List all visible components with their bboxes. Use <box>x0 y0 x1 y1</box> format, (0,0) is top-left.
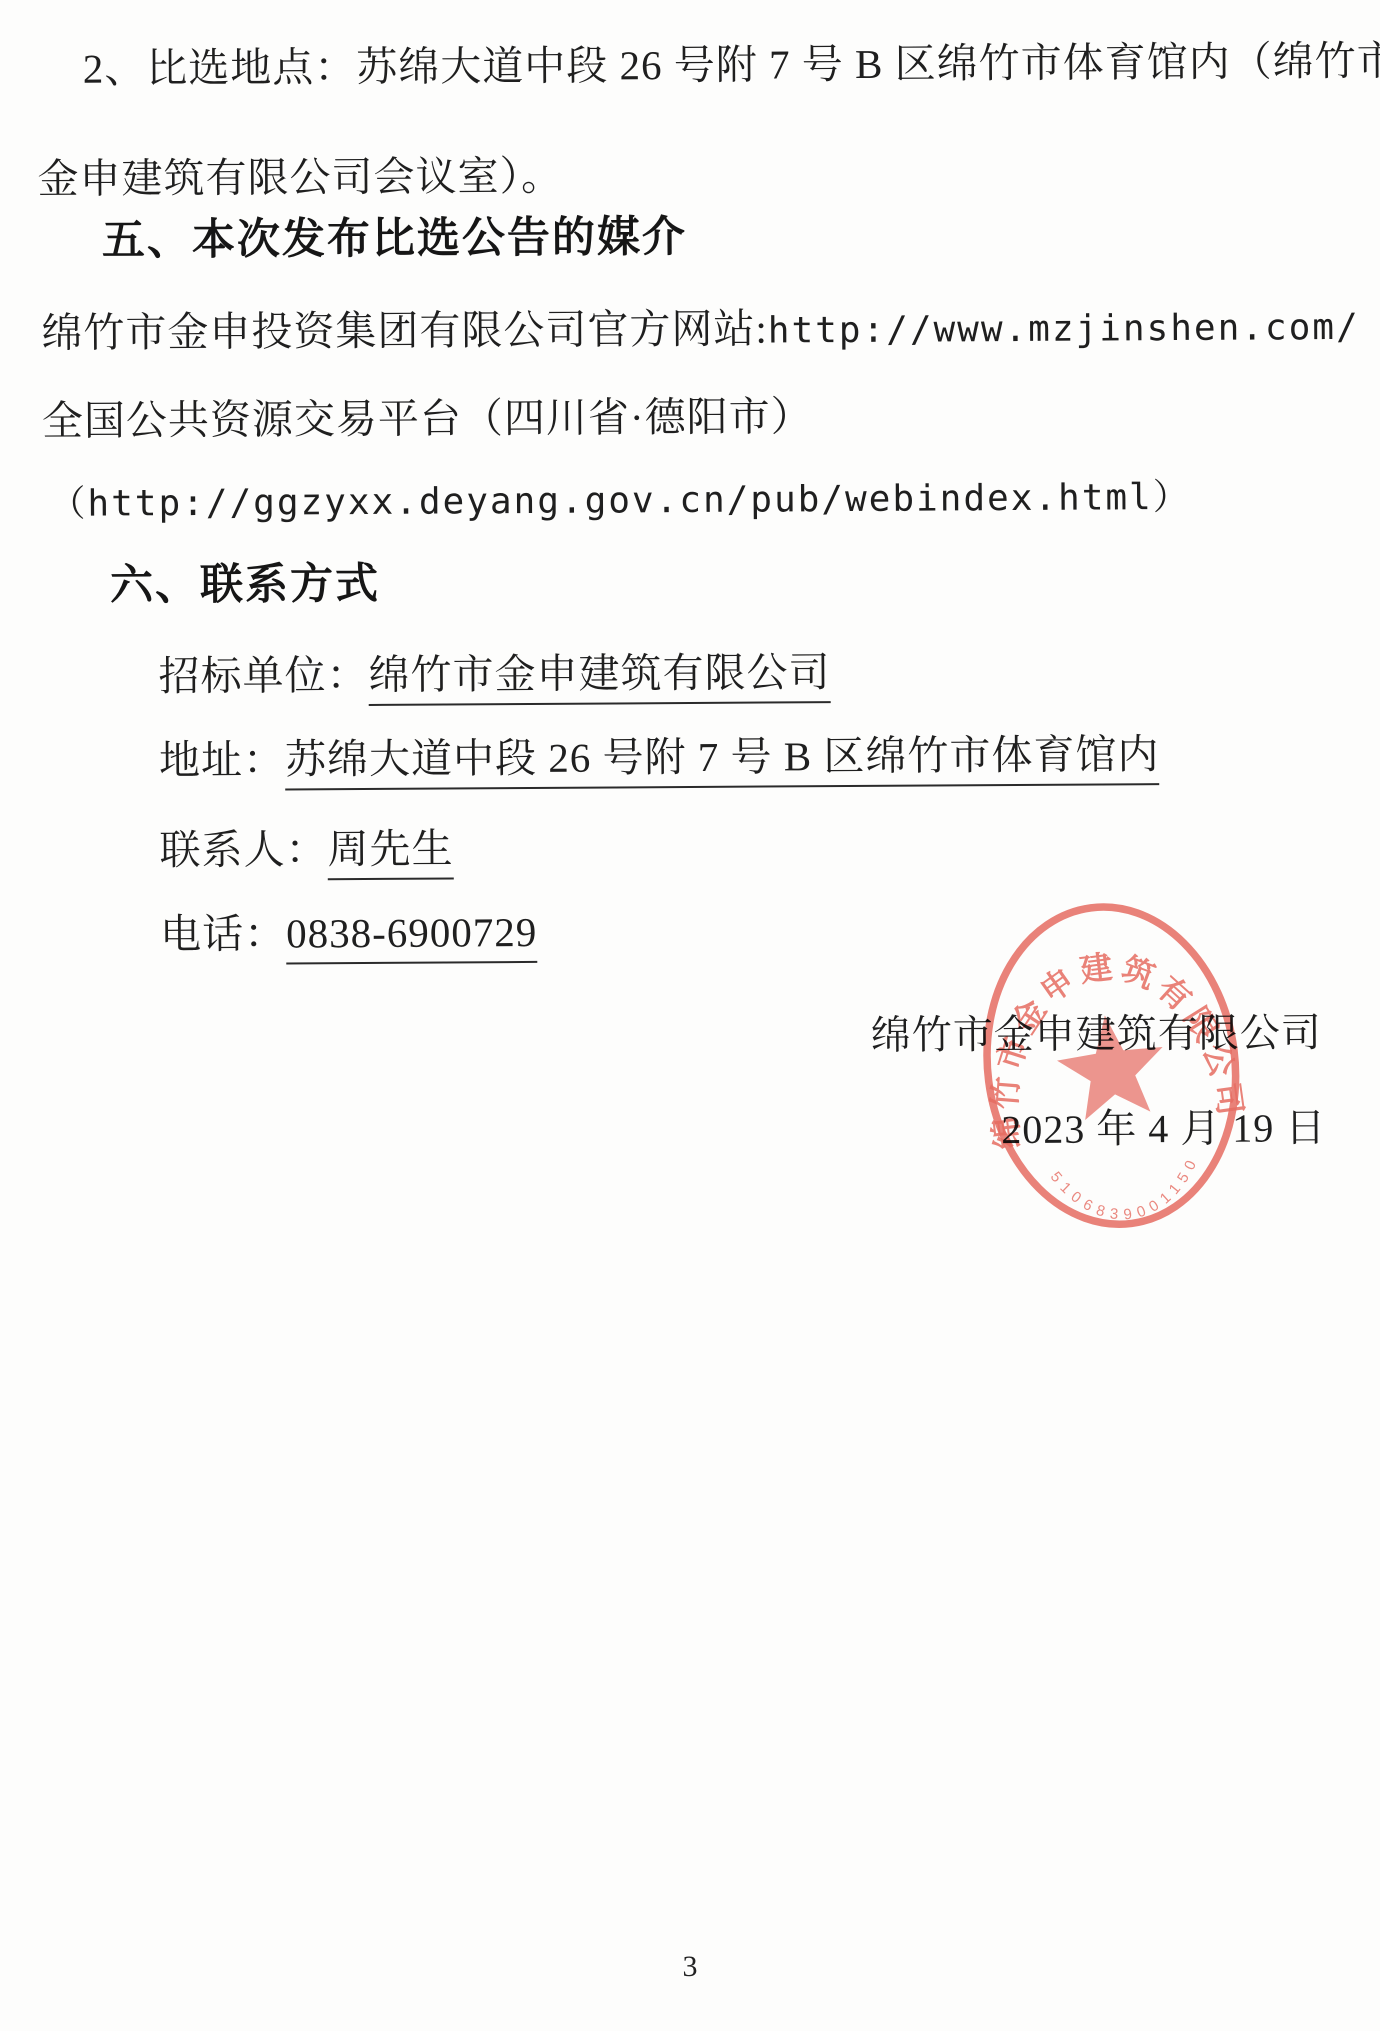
section5-heading: 五、本次发布比选公告的媒介 <box>102 203 687 268</box>
contact-address-label: 地址： <box>159 736 285 783</box>
media-line3-url: （http://ggzyxx.deyang.gov.cn/pub/webinde… <box>49 469 1191 527</box>
svg-text:5106839001150: 5106839001150 <box>1046 1150 1210 1232</box>
document-page: 2、比选地点：苏绵大道中段 26 号附 7 号 B 区绵竹市体育馆内（绵竹市 金… <box>0 0 1380 2031</box>
signature-date: 2023 年 4 月 19 日 <box>1001 1096 1326 1155</box>
contact-person-value: 周先生 <box>327 825 453 880</box>
media-line1: 绵竹市金申投资集团有限公司官方网站:http://www.mzjinshen.c… <box>41 292 1360 359</box>
company-seal: 绵竹市金申建筑有限公司 5106839001150 <box>932 872 1289 1254</box>
media-line2: 全国公共资源交易平台（四川省·德阳市） <box>42 383 813 447</box>
contact-row-phone: 电话：0838-6900729 <box>160 899 538 960</box>
media-line1-text: 绵竹市金申投资集团有限公司官方网站: <box>41 306 768 356</box>
contact-row-address: 地址：苏绵大道中段 26 号附 7 号 B 区绵竹市体育馆内 <box>159 721 1160 786</box>
contact-person-label: 联系人： <box>159 826 327 873</box>
contact-org-label: 招标单位： <box>158 652 368 699</box>
seal-ring <box>968 892 1254 1239</box>
paragraph-location-line1: 2、比选地点：苏绵大道中段 26 号附 7 号 B 区绵竹市体育馆内（绵竹市 <box>83 28 1380 95</box>
contact-row-person: 联系人：周先生 <box>159 815 453 876</box>
contact-address-value: 苏绵大道中段 26 号附 7 号 B 区绵竹市体育馆内 <box>285 731 1160 790</box>
paragraph-location-line2: 金申建筑有限公司会议室）。 <box>37 143 563 205</box>
contact-phone-value: 0838-6900729 <box>286 909 537 965</box>
section6-heading: 六、联系方式 <box>110 550 380 613</box>
contact-org-value: 绵竹市金申建筑有限公司 <box>368 649 830 706</box>
page-number: 3 <box>0 1950 1380 1984</box>
contact-row-org: 招标单位：绵竹市金申建筑有限公司 <box>158 639 830 702</box>
document-content: 2、比选地点：苏绵大道中段 26 号附 7 号 B 区绵竹市体育馆内（绵竹市 金… <box>0 0 1380 2031</box>
contact-phone-label: 电话： <box>160 910 286 957</box>
signature-company: 绵竹市金申建筑有限公司 <box>871 1001 1322 1061</box>
official-website-url: http://www.mzjinshen.com/ <box>768 307 1360 352</box>
seal-serial-number: 5106839001150 <box>1046 1150 1210 1232</box>
